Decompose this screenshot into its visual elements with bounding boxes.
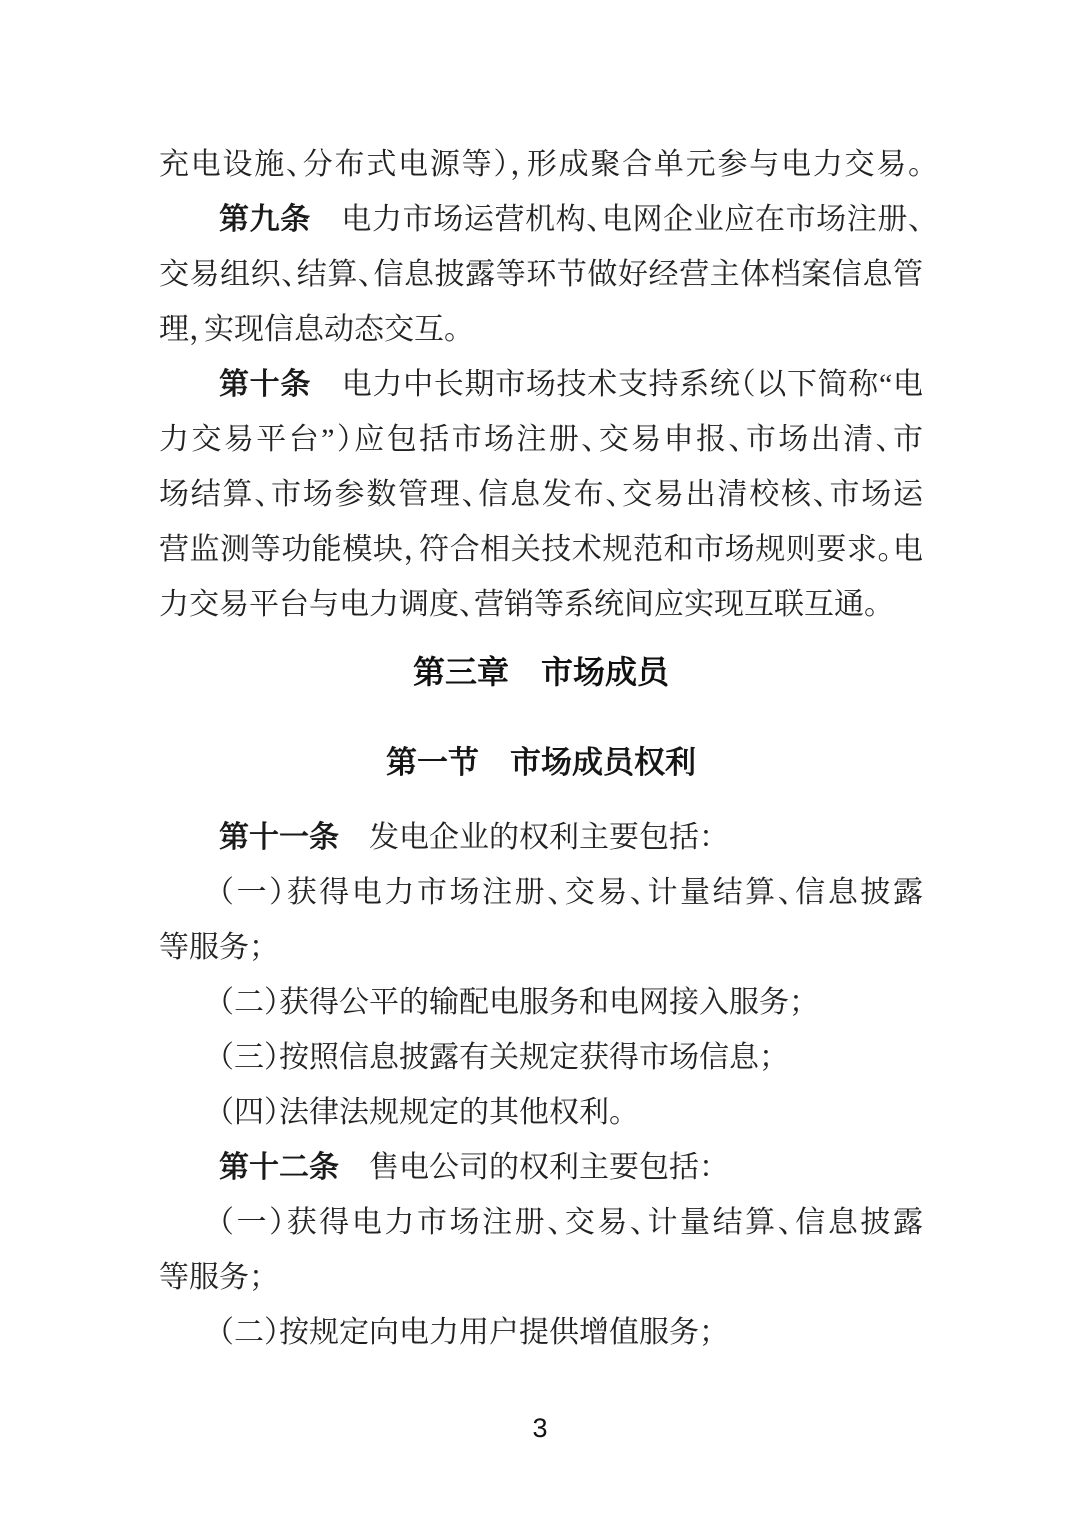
- article-number: 第九条: [219, 203, 311, 236]
- body-text-run: 等服务；: [159, 931, 264, 964]
- article-number: 第十条: [219, 368, 311, 401]
- chapter-heading: 第三章 市场成员: [159, 645, 923, 700]
- body-text-run: 电力市场运营机构、电网企业应在市场注册、: [311, 203, 923, 236]
- body-text-run: （二）按规定向电力用户提供增值服务；: [219, 1316, 714, 1349]
- text-line: （二）按规定向电力用户提供增值服务；: [159, 1305, 923, 1360]
- body-text-run: 场结算、市场参数管理、信息发布、交易出清校核、市场运: [159, 478, 923, 511]
- body-text-run: （三）按照信息披露有关规定获得市场信息；: [219, 1041, 774, 1074]
- body-text-run: 力交易平台与电力调度、营销等系统间应实现互联互通。: [159, 588, 879, 621]
- body-text-run: 电力中长期市场技术支持系统（以下简称“电: [311, 368, 923, 401]
- body-text-run: （一）获得电力市场注册、交易、计量结算、信息披露: [219, 1206, 923, 1239]
- document-body: 充电设施、分布式电源等），形成聚合单元参与电力交易。第九条 电力市场运营机构、电…: [159, 137, 923, 1360]
- text-line: 场结算、市场参数管理、信息发布、交易出清校核、市场运: [159, 467, 923, 522]
- text-line: 力交易平台”）应包括市场注册、交易申报、市场出清、市: [159, 412, 923, 467]
- article-number: 第十二条: [219, 1151, 339, 1184]
- body-text-run: 理，实现信息动态交互。: [159, 313, 459, 346]
- text-line: 交易组织、结算、信息披露等环节做好经营主体档案信息管: [159, 247, 923, 302]
- body-text-run: 发电企业的权利主要包括：: [339, 821, 714, 854]
- text-line: 第十一条 发电企业的权利主要包括：: [159, 810, 923, 865]
- body-text-run: 交易组织、结算、信息披露等环节做好经营主体档案信息管: [159, 258, 923, 291]
- body-text-run: （二）获得公平的输配电服务和电网接入服务；: [219, 986, 804, 1019]
- text-line: 等服务；: [159, 920, 923, 975]
- text-line: 理，实现信息动态交互。: [159, 302, 923, 357]
- text-line: 充电设施、分布式电源等），形成聚合单元参与电力交易。: [159, 137, 923, 192]
- text-line: （一）获得电力市场注册、交易、计量结算、信息披露: [159, 1195, 923, 1250]
- text-line: 等服务；: [159, 1250, 923, 1305]
- text-line: （二）获得公平的输配电服务和电网接入服务；: [159, 975, 923, 1030]
- body-text-run: （一）获得电力市场注册、交易、计量结算、信息披露: [219, 876, 923, 909]
- body-text-run: 营监测等功能模块，符合相关技术规范和市场规则要求。电: [159, 533, 923, 566]
- body-text-run: 售电公司的权利主要包括：: [339, 1151, 714, 1184]
- body-text-run: 充电设施、分布式电源等），形成聚合单元参与电力交易。: [159, 148, 923, 181]
- text-line: 第九条 电力市场运营机构、电网企业应在市场注册、: [159, 192, 923, 247]
- text-line: （一）获得电力市场注册、交易、计量结算、信息披露: [159, 865, 923, 920]
- section-heading: 第一节 市场成员权利: [159, 735, 923, 790]
- body-text-run: 等服务；: [159, 1261, 264, 1294]
- text-line: （四）法律法规规定的其他权利。: [159, 1085, 923, 1140]
- body-text-run: （四）法律法规规定的其他权利。: [219, 1096, 624, 1129]
- text-line: 第十条 电力中长期市场技术支持系统（以下简称“电: [159, 357, 923, 412]
- text-line: 营监测等功能模块，符合相关技术规范和市场规则要求。电: [159, 522, 923, 577]
- page-number: 3: [0, 1410, 1080, 1446]
- article-number: 第十一条: [219, 821, 339, 854]
- text-line: （三）按照信息披露有关规定获得市场信息；: [159, 1030, 923, 1085]
- text-line: 力交易平台与电力调度、营销等系统间应实现互联互通。: [159, 577, 923, 632]
- document-page: 充电设施、分布式电源等），形成聚合单元参与电力交易。第九条 电力市场运营机构、电…: [0, 0, 1080, 1528]
- text-line: 第十二条 售电公司的权利主要包括：: [159, 1140, 923, 1195]
- body-text-run: 力交易平台”）应包括市场注册、交易申报、市场出清、市: [159, 423, 923, 456]
